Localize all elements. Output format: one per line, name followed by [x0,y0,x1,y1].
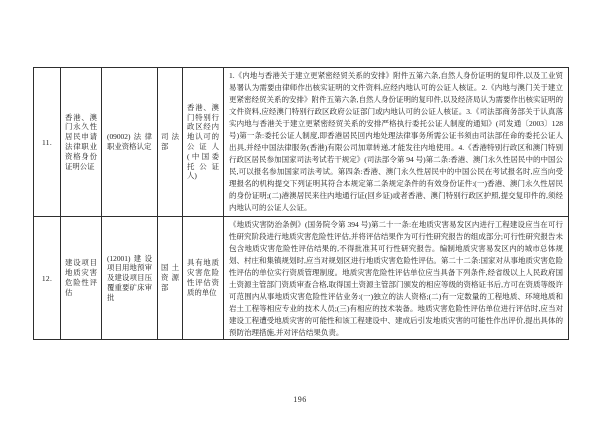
approval-items-table: 11. 香港、澳门永久性居民申请法律职业资格身份证明公证 (09002)法律职业… [33,67,569,340]
department-cell: 司法部 [158,68,183,217]
legal-basis-cell: 1.《内地与香港关于建立更紧密经贸关系的安排》附件五第六条,自然人身份证明的复印… [224,68,569,217]
approval-item-cell: (09002)法律职业资格认定 [102,68,158,217]
document-page: 11. 香港、澳门永久性居民申请法律职业资格身份证明公证 (09002)法律职业… [0,0,600,424]
table-row-11: 11. 香港、澳门永久性居民申请法律职业资格身份证明公证 (09002)法律职业… [34,68,569,217]
row-number-cell: 11. [34,68,61,217]
legal-basis-cell: 《地质灾害防治条例》(国务院令第 394 号)第二十一条:在地质灾害易发区内进行… [224,217,569,340]
page-number: 196 [0,395,600,404]
approval-item-cell: (12001)建设项目用地预审及建设项目压覆重要矿床审批 [102,217,158,340]
item-name-cell: 建设项目地质灾害危险性评估 [61,217,102,340]
implementer-cell: 具有地质灾害危险性评估资质的单位 [183,217,224,340]
implementer-cell: 香港、澳门特别行政区经内地认可的公证人(中国委托公证人) [183,68,224,217]
legal-basis-text: 《地质灾害防治条例》(国务院令第 394 号)第二十一条:在地质灾害易发区内进行… [229,219,563,338]
department-cell: 国土资源部 [158,217,183,340]
row-number-cell: 12. [34,217,61,340]
item-name-cell: 香港、澳门永久性居民申请法律职业资格身份证明公证 [61,68,102,217]
legal-basis-text: 1.《内地与香港关于建立更紧密经贸关系的安排》附件五第六条,自然人身份证明的复印… [229,70,563,214]
table-row-12: 12. 建设项目地质灾害危险性评估 (12001)建设项目用地预审及建设项目压覆… [34,217,569,340]
